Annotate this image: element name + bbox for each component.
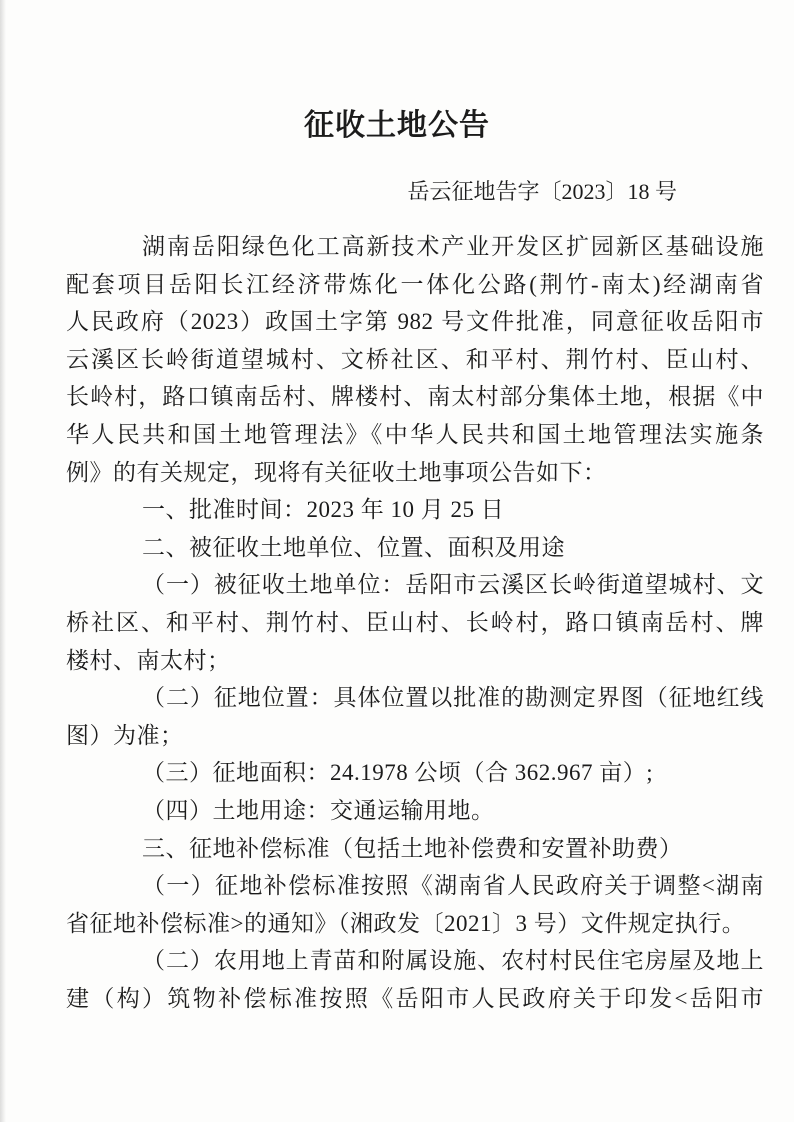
body-text-line: （二）农用地上青苗和附属设施、农村村民住宅房屋及地上 bbox=[66, 942, 764, 980]
body-text-line: （三）征地面积：24.1978 公顷（合 362.967 亩）; bbox=[66, 754, 764, 792]
document-number: 岳云征地告字〔2023〕18 号 bbox=[407, 177, 677, 207]
body-text-line: （一）征地补偿标准按照《湖南省人民政府关于调整<湖南 bbox=[66, 867, 764, 905]
body-text-line: 长岭村，路口镇南岳村、牌楼村、南太村部分集体土地，根据《中 bbox=[66, 378, 764, 416]
body-text-line: 桥社区、和平村、荆竹村、臣山村、长岭村，路口镇南岳村、牌 bbox=[66, 604, 764, 642]
body-text-line: 省征地补偿标准>的通知》（湘政发〔2021〕3 号）文件规定执行。 bbox=[66, 905, 764, 943]
body-text-line: 二、被征收土地单位、位置、面积及用途 bbox=[66, 529, 764, 567]
body-text-line: 配套项目岳阳长江经济带炼化一体化公路(荆竹-南太)经湖南省 bbox=[66, 266, 764, 304]
document-body: 湖南岳阳绿色化工高新技术产业开发区扩园新区基础设施配套项目岳阳长江经济带炼化一体… bbox=[66, 228, 764, 1017]
body-text-line: 三、征地补偿标准（包括土地补偿费和安置补助费） bbox=[66, 830, 764, 868]
document-title: 征收土地公告 bbox=[0, 106, 794, 146]
scan-edge-artifact bbox=[0, 0, 6, 1122]
body-text-line: 楼村、南太村； bbox=[66, 642, 764, 680]
body-text-line: 云溪区长岭街道望城村、文桥社区、和平村、荆竹村、臣山村、 bbox=[66, 341, 764, 379]
document-page: 征收土地公告 岳云征地告字〔2023〕18 号 湖南岳阳绿色化工高新技术产业开发… bbox=[0, 0, 794, 1122]
body-text-line: 例》的有关规定，现将有关征收土地事项公告如下： bbox=[66, 454, 764, 492]
body-text-line: 华人民共和国土地管理法》《中华人民共和国土地管理法实施条 bbox=[66, 416, 764, 454]
body-text-line: 图）为准； bbox=[66, 717, 764, 755]
body-text-line: 建（构）筑物补偿标准按照《岳阳市人民政府关于印发<岳阳市 bbox=[66, 980, 764, 1018]
body-text-line: 一、批准时间：2023 年 10 月 25 日 bbox=[66, 491, 764, 529]
body-text-line: （二）征地位置：具体位置以批准的勘测定界图（征地红线 bbox=[66, 679, 764, 717]
body-text-line: 人民政府（2023）政国土字第 982 号文件批准，同意征收岳阳市 bbox=[66, 303, 764, 341]
body-text-line: （一）被征收土地单位：岳阳市云溪区长岭街道望城村、文 bbox=[66, 566, 764, 604]
body-text-line: （四）土地用途：交通运输用地。 bbox=[66, 792, 764, 830]
body-text-line: 湖南岳阳绿色化工高新技术产业开发区扩园新区基础设施 bbox=[66, 228, 764, 266]
